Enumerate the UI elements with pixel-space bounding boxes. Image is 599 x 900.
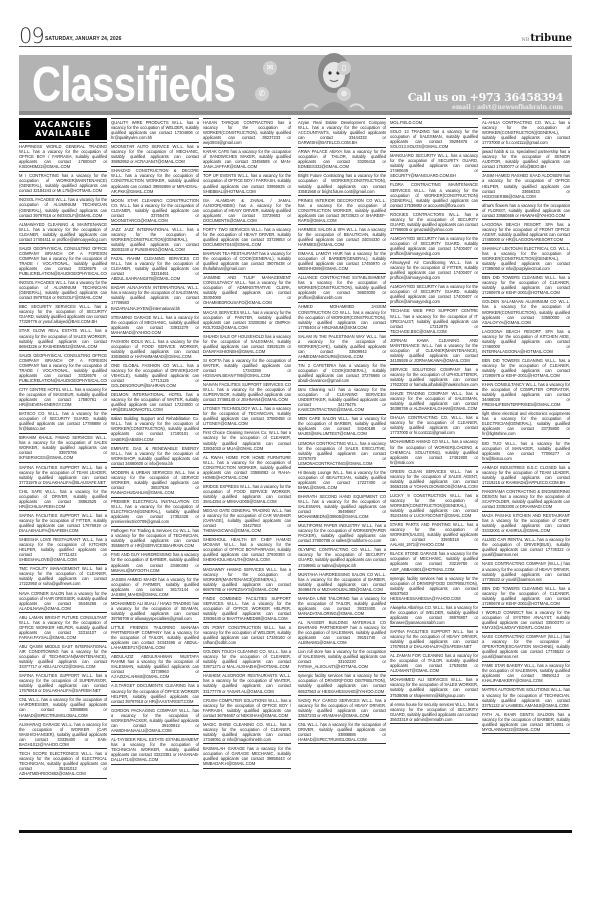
- classified-ad: ISA ALAMDAR & ZAINAL / JAMAL ALNOOR(ABBS…: [203, 197, 291, 226]
- classified-ad: OLYMPIC CONTRACTING CO W.L.L. has a vaca…: [298, 546, 386, 570]
- classified-ad: BASMALAH GARAGE has a vacancy for the oc…: [203, 745, 291, 769]
- classified-ad: TIN 2 CAFETERIA has a vacancy for the oc…: [298, 362, 386, 386]
- phone-icon: ✆: [255, 87, 269, 101]
- column-6: AL-AHLIA CONTRACTING CO. W.L.L. has a va…: [482, 118, 570, 830]
- classified-ad: SAFINA FACILITIES SUPPORT W.L.L. has a v…: [390, 628, 478, 652]
- classified-ad: SAUDI GEOPHYSICAL CONSULTING OFFICE COMP…: [19, 245, 107, 279]
- classified-ad: ALLIED CAR RENTAL W.L.L. has a vacancy f…: [482, 536, 570, 560]
- classified-ad: SALAM IN THE PALESTINIAN WAY W.L.L. has …: [298, 333, 386, 362]
- classified-ad: NAIVAN FACILITIES SUPPORT SERVICES CO W.…: [203, 381, 291, 405]
- classified-ad: GREEN CLEAN SERVICES W.L.L. has a vacanc…: [390, 468, 478, 492]
- classified-ad: AL RWAH HOME FOR HOME FURNITURE W.L.L. h…: [203, 454, 291, 483]
- classified-ad: BAHRAIN TEA RESTAURANT has a vacancy for…: [203, 250, 291, 274]
- classified-ad: AL ZAMAN FOR CLEANING has a vacancy for …: [390, 652, 478, 676]
- classified-ad: MOONSTAR AUTO SERVICE W.L.L. has a vacan…: [111, 143, 199, 167]
- classified-ad: MODERN & URBAN SERVICES W.L.L. has a vac…: [111, 469, 199, 498]
- classified-ad: ABU QASIM MIDDLE EAST INTERNATIONAL AIR …: [19, 643, 107, 672]
- classified-ad: M I CONTRACTING has a vacancy for the oc…: [19, 172, 107, 196]
- classified-ad: FATH AL KHAIR GENTS SALOON has a vacancy…: [482, 711, 570, 735]
- classified-ad: MOHAMMED AHMAD CO W.L.L. has a vacancy f…: [390, 438, 478, 467]
- classified-ad: CNL W.L.L. has a vacancy for the occupat…: [19, 696, 107, 720]
- classified-ad: BEN DID TOWERS CLEANING W.L.L. has a vac…: [482, 357, 570, 381]
- ads-list: AL-AHLIA CONTRACTING CO. W.L.L. has a va…: [482, 118, 570, 734]
- classified-ad: PANORAMA CONTRACTING & ENGINEERING DESIG…: [482, 488, 570, 512]
- classified-ad: BBC SECURITY SERVICES W.L.L. has a vacan…: [19, 303, 107, 327]
- classified-ad: ALMOAYYED SECURITY has a vacancy for the…: [390, 283, 478, 307]
- classified-ad: JASSIM AHMED MAHDI has a vacancy for the…: [111, 576, 199, 600]
- classified-ad: synergic facility services has a vacancy…: [298, 672, 386, 696]
- classified-ad: TECHAGE WEB PRO SUPPORT CENTRE W.L.L. ha…: [390, 307, 478, 336]
- classified-ad: MOON STAR CLEANING CONSTRUCTION CO. W.L.…: [111, 197, 199, 226]
- classified-ad: MOHAMMED ALI BUALI / HAWJ TRADING has a …: [111, 600, 199, 624]
- classified-ad: ALLIANCE CONTRACTING ESTABLISHMENT has a…: [298, 274, 386, 303]
- classified-ad: MADAWMY HAMAD SERVICES W.L.L. has a vaca…: [203, 566, 291, 595]
- classified-ad: FINDS COMBINED FACILITIES SUPPORT SERVIC…: [203, 595, 291, 624]
- classified-ad: tami Cleaning w.l.l has a vacancy for th…: [298, 386, 386, 415]
- classified-ad: MOHAMMED ALI SERVICES W.L.L. has a vacan…: [390, 676, 478, 700]
- classified-ad: Azyan Real Estate Development Company W.…: [298, 118, 386, 148]
- classified-ad: First Choice Cleaning Services Co. W.L.L…: [203, 429, 291, 453]
- classified-ad: al emna house for security services W.L.…: [390, 701, 478, 725]
- classified-ad: MULTIFORM PAPER INDUSTRY W.L.L. has a va…: [298, 522, 386, 546]
- classified-ad: LEMONA CONTRACTING W.L.L. has a vacancy …: [298, 440, 386, 469]
- classified-ad: LITTLE FRIENDS TAILORING MANAMA PARTNERS…: [111, 624, 199, 653]
- contact-email: email : advt@newsofbahrain.com: [452, 104, 563, 111]
- classified-ad: SOLO 13 TRADING has a vacancy for the oc…: [390, 128, 478, 152]
- classified-ad: HAPPINESS WORLD GENERAL TRADING W.L.L. h…: [19, 142, 107, 172]
- ads-list: HAPPINESS WORLD GENERAL TRADING W.L.L. h…: [19, 142, 107, 779]
- classified-ad: HASAN TARIQUE CONTRACTING has a vacancy …: [203, 118, 291, 148]
- classified-ad: ON POINT CONSTRUCTION W.L.L. has a vacan…: [203, 624, 291, 648]
- classified-ad: BEN DID TOWERS CLEANING W.L.L. has a vac…: [482, 274, 570, 298]
- classified-ad: SHAZE TRADING COMPANY W.L.L. has a vacan…: [390, 390, 478, 414]
- classified-ad: BLACK STONE GARAGE has a vacancy for the…: [390, 550, 478, 574]
- classified-ad: QUALITY WIRE PRODUCTS W.L.L. has a vacan…: [111, 118, 199, 143]
- classified-ad: NASS CONTRACTING COMPANY (W.L.L.) has a …: [482, 560, 570, 584]
- ads-list: MOL.FIELD.COMSOLO 13 TRADING has a vacan…: [390, 118, 478, 724]
- classified-ad: AHMADI INDUSTRIES B.S.C CLOSED has a vac…: [482, 464, 570, 488]
- classified-ad: ALSHARAQ GARAGE W.L.L. has a vacancy for…: [19, 721, 107, 750]
- classified-ad: AL-AHLIA CONTRACTING CO. W.L.L. has a va…: [482, 118, 570, 148]
- mobile-icon: ▯: [337, 61, 351, 75]
- classified-ad: JASMINE AND TULIP MANAGEMENT CONSULTANCY…: [203, 274, 291, 308]
- classified-ad: AL NASSER BUILDING MATERIALS CO BAHRAINI…: [298, 619, 386, 648]
- classified-ad: DELMON INTERNATIONAL HOTEL has a vacancy…: [111, 391, 199, 415]
- classified-ad: ONE GLOBAL FASHION CO W.L.L. has a vacan…: [111, 362, 199, 391]
- classified-ad: BATSCO CO. W.L.L. has a vacancy for the …: [19, 410, 107, 434]
- classified-ad: BADAR ALNAJAYEN INTERNATIONAL W.L.L. has…: [111, 284, 199, 313]
- classified-ad: SERVICE SOLUTIONS COMPANY has a vacancy …: [390, 366, 478, 390]
- classified-ad: BEN DID TOWERS CLEANING W.L.L. has a vac…: [482, 585, 570, 609]
- column-3: HASAN TARIQUE CONTRACTING has a vacancy …: [203, 118, 291, 830]
- column-1: VACANCIES AVAILABLE HAPPINESS WORLD GENE…: [19, 118, 107, 830]
- classified-ad: AL-TAYSEER REAL ESTATE ESTABLISHMENT has…: [111, 736, 199, 765]
- classified-ad: PRINKS INTERIOR DECORATION CO W.L.L. has…: [298, 197, 386, 226]
- classified-ad: MAZA PASHAS KITCHEN AND RESTAURANT has a…: [482, 512, 570, 536]
- classifieds-banner: Classifieds ✉ ✆ ▯ ⊕ Call us on +973 3645…: [19, 55, 572, 115]
- classified-ad: jawad habib & co. specialised partnershi…: [482, 148, 570, 172]
- classified-ad: CHIL SAFE W.L.L. has a vacancy for the o…: [19, 488, 107, 512]
- classified-ad: MANGUARD SECURITY W.L.L. has a vacancy f…: [390, 152, 478, 181]
- classified-ad: MEN CARE SALON W.L.L. has a vacancy for …: [298, 415, 386, 439]
- classified-ad: MEGAS GATE GENERAL TRADING W.L.L. has a …: [203, 507, 291, 536]
- classified-ad: ALMAWAYED CLEANING & MAINTENANCE W.L.L. …: [19, 221, 107, 245]
- classified-ad: MATRIX AUTOMOTIVE SOLUTIONS W.L.L. has a…: [482, 686, 570, 710]
- classified-ad: STEAMING GARAGE W.L.L. has a vacancy for…: [111, 314, 199, 338]
- page-bottom-rule: [19, 830, 572, 833]
- classified-ad: MUNTAHA HAIRDRESSING SALON CO W.L.L. has…: [298, 571, 386, 595]
- classified-ad: MANADA LINE TAILORING has a vacancy for …: [298, 595, 386, 619]
- ads-list: QUALITY WIRE PRODUCTS W.L.L. has a vacan…: [111, 118, 199, 765]
- classified-ad: NASS CONTRACTING COMPANY (W.L.L.) has a …: [482, 633, 570, 662]
- classified-ad: EMIRATE GAS & RENEWABLE ENERGY W.L.L. ha…: [111, 445, 199, 469]
- column-2: QUALITY WIRE PRODUCTS W.L.L. has a vacan…: [111, 118, 199, 830]
- classified-ad: TMC FACILITY MANAGEMENT W.L.L. has a vac…: [19, 565, 107, 589]
- classified-ad: synergic facility services has a vacancy…: [390, 575, 478, 604]
- classified-ad: LUCKY 9 CONSTRUCTION W.L.L. has a vacanc…: [390, 492, 478, 521]
- classified-ad: JAZZ JAZZ INTERNATIONAL W.L.L. has a vac…: [111, 226, 199, 255]
- classified-ad: SHAMALY LEKTOUHI ELECTRICAL CO. W.L.L. h…: [482, 245, 570, 274]
- classified-ad: SHEESHA LOVE RESTAURANT W.L.L. has a vac…: [19, 536, 107, 565]
- classified-ad: SADIQ PLY CARGO SERVICES W.L.L. has a va…: [298, 697, 386, 721]
- classified-ad: SAFINA FACILITIES SUPPORT W.L.L. has a v…: [19, 672, 107, 696]
- classified-ad: FLORA CONTRACTING MAINTENANCE SERVICES W…: [390, 181, 478, 210]
- classified-ad: Lion roll store has a vacancy for the oc…: [298, 648, 386, 672]
- classified-ad: NAVA CORNER SALON has a vacancy for the …: [19, 590, 107, 614]
- classified-ad: JASIM HAMED RASHED SAAD ALDOSERI has a v…: [482, 172, 570, 201]
- classified-ad: Pathogen For Trading & Services Co W.L.L…: [111, 527, 199, 551]
- ads-list: Azyan Real Estate Development Company W.…: [298, 118, 386, 744]
- classified-ad: SHAHZAD CONSTRUCTION & DECORE W.L.L. has…: [111, 167, 199, 196]
- classified-ad: Almoayyed Air Conditioning W.L.L. has a …: [390, 259, 478, 283]
- classified-ad: FAZAL RAHIM CLEANING SERVICES CO W.L.L. …: [111, 255, 199, 284]
- classified-ad: LITGNEY TECHNOLOGY W.L.L. has a vacancy …: [203, 405, 291, 429]
- classified-ad: MACAS SERVICES W.L.L. has a vacancy for …: [203, 309, 291, 333]
- page-number: 09: [19, 26, 44, 46]
- classified-ad: STAR GLOW REAL ESTATE W.L.L. has a vacan…: [19, 327, 107, 351]
- classified-ad: ALMOAYYED SECURITY has a vacancy for the…: [390, 235, 478, 259]
- classified-ad: ABU LAMAN BRIGHT FUTURE CONSULTANT W.L.L…: [19, 614, 107, 643]
- classified-ad: GOLDEN SALAMAAN ALUMINIUM CO W.L.L. has …: [482, 298, 570, 327]
- classified-ad: HASHEM ALSOROOR RESTAURANTS W.L.L. has a…: [203, 672, 291, 696]
- column-5: MOL.FIELD.COMSOLO 13 TRADING has a vacan…: [390, 118, 478, 830]
- classified-ad: SHEIKHOUL HEALTH BY CHEF HAMAD MOSAWI W.…: [203, 536, 291, 565]
- globe-icon: ⊕: [337, 87, 351, 101]
- classified-ad: CRUSH COMPUTER SOLUTIONS W.L.L. has a va…: [203, 697, 291, 721]
- classified-ad: SAFINA FACILITIES SUPPORT W.L.L. has a v…: [19, 512, 107, 536]
- classified-ad: MAGIC SHINE CLEANING CO. W.L.L. has a va…: [203, 721, 291, 745]
- classified-ad: ISMAAIL LAMOYI HAIR has a vacancy for th…: [298, 250, 386, 274]
- classified-ad: BHARATH SECOND HAND EQUIPMENT CO W.L.L. …: [298, 493, 386, 522]
- classified-ad: KHAN CONSULTANCY W.L.L. has a vacancy fo…: [482, 381, 570, 410]
- logo-prefix: NB: [521, 37, 529, 43]
- envelope-icon: ✉: [263, 61, 277, 75]
- classified-ad: GHALIA CONTRACTING CO. W.L.L. has a vaca…: [390, 414, 478, 438]
- classified-ad: Bright Future Contracting has a vacancy …: [298, 172, 386, 196]
- classified-ad: GORDON PACKAGING COMPANY W.L.L. has a va…: [111, 707, 199, 736]
- classified-ad: TOP UP EVENTS W.L.L. has a vacancy for t…: [203, 172, 291, 196]
- section-title: Classifieds: [32, 56, 235, 114]
- mascot-illustration: [294, 49, 374, 115]
- classified-ad: JORNAN KAWA CLEANING AND MAINTENANCE W.L…: [390, 337, 478, 366]
- classified-ad: HARMIES SALON & SPA W.L.L. has a vacancy…: [298, 226, 386, 250]
- contact-phone: Call us on +973 36458394: [408, 91, 563, 104]
- logo-text: tribune: [530, 33, 572, 44]
- classified-ad: INOSOL FACADES W.L.L. has a vacancy for …: [19, 279, 107, 303]
- classified-ad: SAFINA FACILITIES SUPPORT W.L.L. has a v…: [19, 464, 107, 488]
- classified-ad: A.S.TARGET DOCUMENTS CLEARING has a vaca…: [111, 682, 199, 706]
- classified-ad: GOLDEN TOUCH CLEANING CO. W.L.L. has a v…: [203, 648, 291, 672]
- classified-ad: FAME STAR BAKERY W.L.L. has a vacancy fo…: [482, 662, 570, 686]
- classified-ad: ROCKIES CONTRACTORS W.L.L. has a vacancy…: [390, 211, 478, 235]
- classified-ad: SI KOFTA has a vacancy for the occupatio…: [203, 357, 291, 381]
- classified-ad: TECH SCOPE ELECTRONICS W.L.L. has a vaca…: [19, 750, 107, 779]
- classified-ad: SAUDI GEOPHYSICAL CONSULTING OFFICE COMP…: [19, 352, 107, 386]
- vacancies-label: VACANCIES AVAILABLE: [19, 118, 107, 140]
- classified-ad: Hi Beauty Lounge W.L.L. has a vacancy fo…: [298, 469, 386, 493]
- classified-ad: Italian Building Support and Rehabilitat…: [111, 415, 199, 444]
- banner-bottom-strip: [19, 111, 572, 115]
- classified-ad: SHUHDI SALE OF HOUSEHOLD has a vacancy f…: [203, 333, 291, 357]
- publication-logo: NBtribune: [521, 33, 572, 44]
- classified-ad: AHMED MOHAMMED JASSIM CONSTRUCTION CO W.…: [298, 303, 386, 332]
- classified-ad: BRIDGE EXPRESS W.L.L. has a vacancy for …: [203, 483, 291, 507]
- classified-ad: ARWA PALACE ABAYA has a vacancy for the …: [298, 148, 386, 172]
- classified-ad: PREMIER ELECTRICAL INSTALLATION CO W.L.L…: [111, 498, 199, 527]
- classified-ad: KARAK CAFE has a vacancy for the occupat…: [203, 148, 291, 172]
- classified-ad: FORTY TWO SERVICES W.L.L. has a vacancy …: [203, 226, 291, 250]
- classified-ad: I WORLD CONNECT has a vacancy for the oc…: [482, 609, 570, 633]
- classified-ad: INOSOL FACADES W.L.L. has a vacancy for …: [19, 196, 107, 220]
- classified-ad: ABDULAZIZ ABDULRAHMAN MUSTAFA RAHIMI has…: [111, 653, 199, 682]
- masthead: 09 SATURDAY, JANUARY 24, 2026 NBtribune: [19, 26, 572, 47]
- classified-ad: LAGOONA BEACH RESORT SPA has a vacancy f…: [482, 221, 570, 245]
- issue-date: SATURDAY, JANUARY 24, 2026: [45, 36, 122, 42]
- classified-ad: IBRAHIM KHALIL FAWAD SERVICES W.L.L. has…: [19, 434, 107, 463]
- classified-ad: CNL W.L.L. has a vacancy for the occupat…: [298, 721, 386, 745]
- classified-ad: MOL.FIELD.COM: [390, 118, 478, 128]
- classified-ad: BIO TUO W.L.L. has a vacancy for the occ…: [482, 440, 570, 464]
- classified-ad: STARS PARTS AND PAINTING W.L.L. has a va…: [390, 521, 478, 550]
- column-4: Azyan Real Estate Development Company W.…: [298, 118, 386, 830]
- classified-columns: VACANCIES AVAILABLE HAPPINESS WORLD GENE…: [19, 118, 572, 830]
- classified-ad: FIVE AND GUY HAIRDRESSING has a vacancy …: [111, 551, 199, 575]
- classified-ad: CITY CENTRE HOTEL W.L.L. has a vacancy f…: [19, 386, 107, 410]
- classified-ad: afraa's flowers has a vacancy for the oc…: [482, 202, 570, 221]
- classified-ad: light shine electrical and electronics e…: [482, 410, 570, 439]
- classified-ad: Alwajeha Albahrya CO. W.L.L. has a vacan…: [390, 604, 478, 628]
- ads-list: HASAN TARIQUE CONTRACTING has a vacancy …: [203, 118, 291, 769]
- classified-ad: LAGOONA BEACH RESORT SPA has a vacancy f…: [482, 328, 570, 357]
- classified-ad: FASHION IDOLS W.L.L. has a vacancy for t…: [111, 338, 199, 362]
